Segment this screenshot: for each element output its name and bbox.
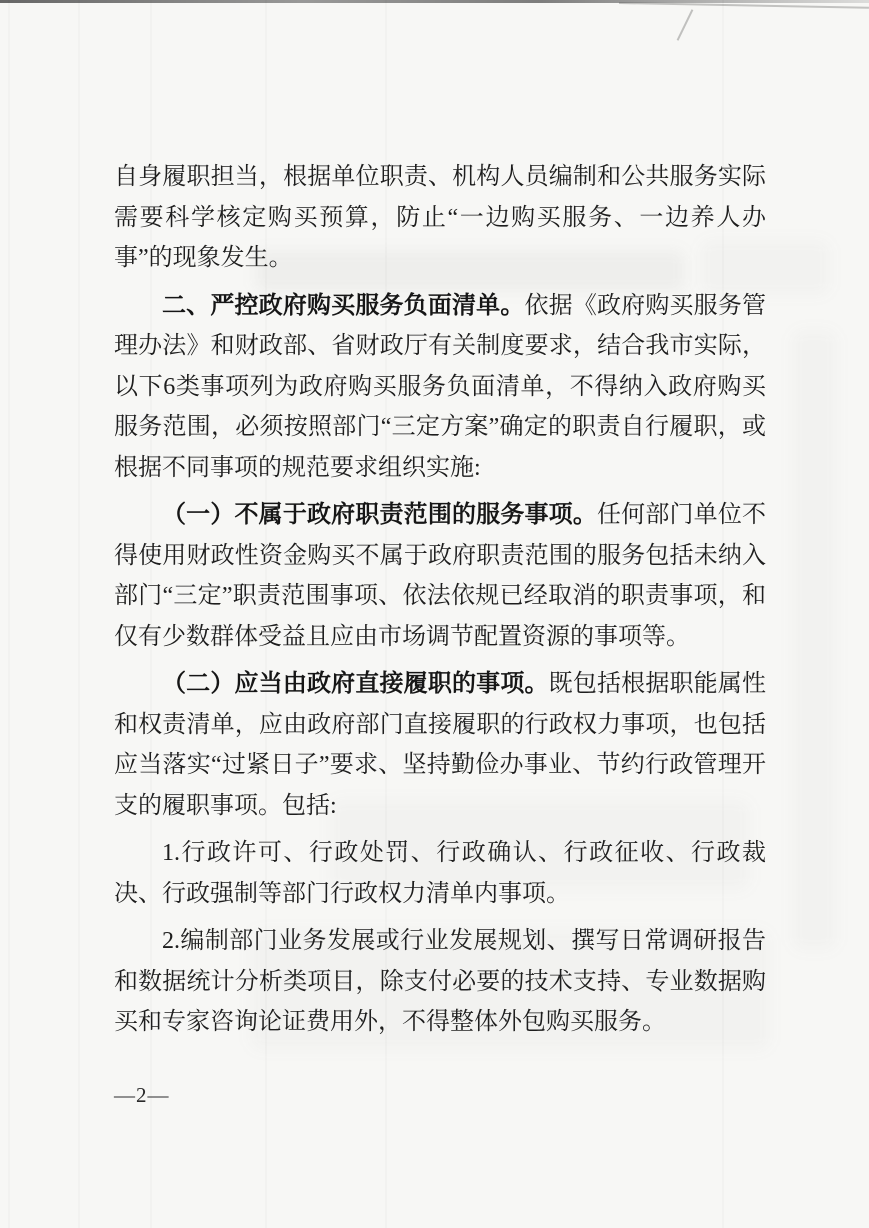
paragraph-text: 自身履职担当，根据单位职责、机构人员编制和公共服务实际需要科学核定购买预算，防止… — [114, 164, 766, 271]
item-heading: （一）不属于政府职责范围的服务事项。 — [162, 502, 597, 528]
paragraph-subitem-1: 1.行政许可、行政处罚、行政确认、行政征收、行政裁决、行政强制等部门行政权力清单… — [114, 833, 766, 914]
scanner-streak — [8, 0, 10, 1228]
paragraph-text: 1.行政许可、行政处罚、行政确认、行政征收、行政裁决、行政强制等部门行政权力清单… — [114, 840, 766, 907]
paragraph-continuation: 自身履职担当，根据单位职责、机构人员编制和公共服务实际需要科学核定购买预算，防止… — [114, 157, 766, 279]
document-body: 自身履职担当，根据单位职责、机构人员编制和公共服务实际需要科学核定购买预算，防止… — [114, 157, 766, 1043]
paragraph-item-2: （二）应当由政府直接履职的事项。既包括根据职能属性和权责清单，应由政府部门直接履… — [114, 664, 766, 826]
bleedthrough-smudge — [792, 330, 837, 950]
paragraph-item-1: （一）不属于政府职责范围的服务事项。任何部门单位不得使用财政性资金购买不属于政府… — [114, 495, 766, 657]
item-heading: （二）应当由政府直接履职的事项。 — [162, 671, 549, 697]
section-heading: 二、严控政府购买服务负面清单。 — [162, 293, 525, 319]
scanned-document-page: 自身履职担当，根据单位职责、机构人员编制和公共服务实际需要科学核定购买预算，防止… — [0, 0, 869, 1228]
page-number: —2— — [114, 1083, 170, 1108]
paragraph-text: 2.编制部门业务发展或行业发展规划、撰写日常调研报告和数据统计分析类项目，除支付… — [114, 928, 766, 1035]
scan-top-edge-curve-artifact — [619, 2, 869, 9]
paragraph-subitem-2: 2.编制部门业务发展或行业发展规划、撰写日常调研报告和数据统计分析类项目，除支付… — [114, 921, 766, 1043]
scan-scratch-artifact — [677, 9, 694, 40]
scanner-streak — [78, 0, 80, 1228]
paragraph-text: 依据《政府购买服务管理办法》和财政部、省财政厅有关制度要求，结合我市实际，以下6… — [114, 293, 766, 481]
scan-top-edge-artifact — [0, 0, 869, 3]
paragraph-section-2: 二、严控政府购买服务负面清单。依据《政府购买服务管理办法》和财政部、省财政厅有关… — [114, 286, 766, 489]
